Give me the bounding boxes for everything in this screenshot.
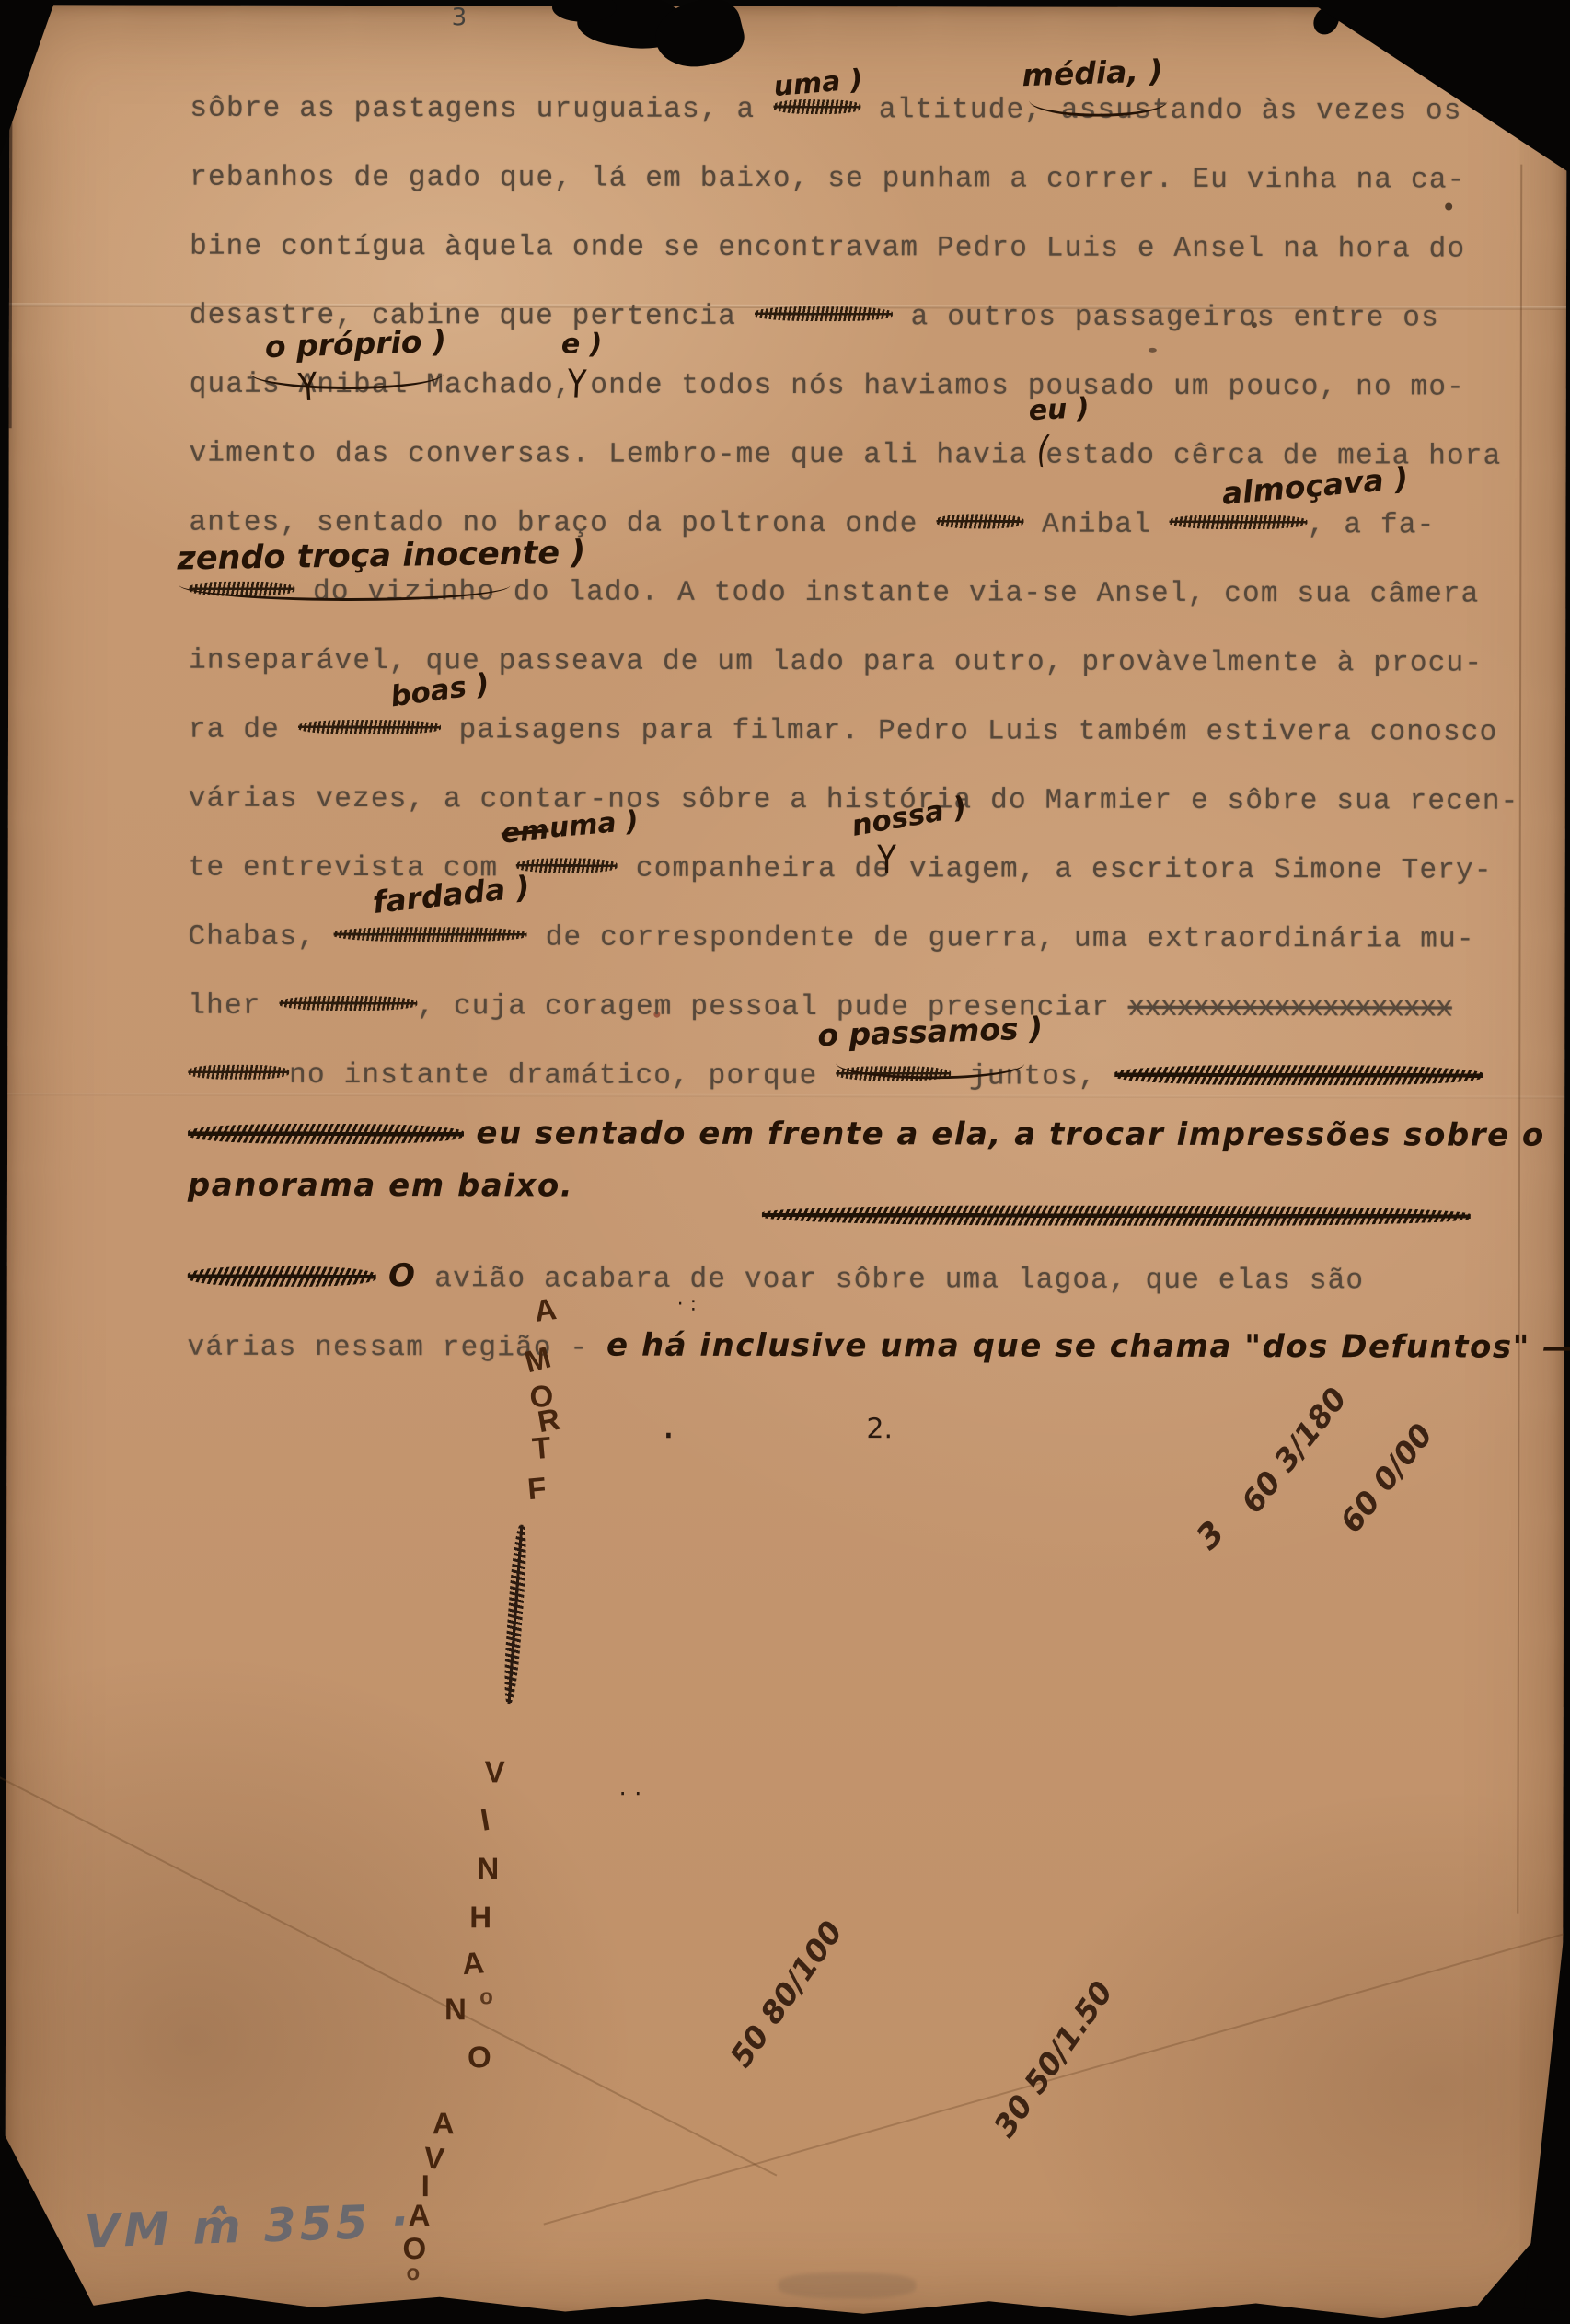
manuscript-page: 3 VM m̂ 355 · sôbre as pastagens uruguai… xyxy=(5,5,1566,2320)
typed-line: vimento das conversas. Lembro-me que ali… xyxy=(190,438,1502,473)
handwritten-calculation: 30 50/1.50 xyxy=(987,1974,1120,2143)
typed-text: paisagens para filmar. Pedro Luis também… xyxy=(441,714,1498,748)
typed-text: a outros passageiros entre os xyxy=(893,301,1439,334)
archive-number-pencil: VM m̂ 355 · xyxy=(84,2194,413,2259)
typed-text: , a fa- xyxy=(1308,509,1436,541)
typed-text: inseparável, que passeava de um lado par… xyxy=(189,645,1483,680)
scribble-strikeout xyxy=(1115,1065,1483,1086)
vertical-note-letter: N xyxy=(477,1851,499,1886)
scribble-strikeout xyxy=(188,1266,376,1286)
smudge xyxy=(778,2272,916,2298)
typed-line: te entrevista com companheira de viagem,… xyxy=(189,852,1493,887)
typed-text: avião acabara de voar sôbre uma lagoa, q… xyxy=(416,1263,1364,1297)
typed-line xyxy=(762,1201,1471,1235)
typed-line: ra de paisagens para filmar. Pedro Luis … xyxy=(189,714,1497,749)
ink-speck xyxy=(1149,348,1157,353)
typed-text: vimento das conversas. Lembro-me que ali… xyxy=(190,438,1502,473)
vertical-note-letter: O xyxy=(468,2040,491,2075)
scribble-strikeout xyxy=(516,858,618,873)
typed-line: várias nessam região - e há inclusive um… xyxy=(188,1326,1570,1367)
scan-background: 3 VM m̂ 355 · sôbre as pastagens uruguai… xyxy=(0,0,1570,2324)
handwritten-calculation: 60 0/00 xyxy=(1333,1416,1439,1539)
typed-line: inseparável, que passeava de um lado par… xyxy=(189,645,1483,680)
typed-text: de correspondente de guerra, uma extraor… xyxy=(527,921,1475,955)
typed-x-strikeout: xxxxxxxxxxxxxxxxxxxx xyxy=(1128,992,1452,1025)
typed-line: Chabas, de correspondente de guerra, uma… xyxy=(188,921,1474,956)
scribble-strikeout xyxy=(298,720,441,734)
stray-mark: 2. xyxy=(866,1413,893,1445)
page-number: 3 xyxy=(452,4,468,31)
handwritten-annotation: média, ) xyxy=(1022,52,1163,93)
scribble-strikeout xyxy=(334,927,527,942)
typed-line: eu sentado em frente a ela, a trocar imp… xyxy=(188,1115,1545,1155)
vertical-note-letter: A xyxy=(409,2198,431,2233)
vertical-note-letter: V xyxy=(485,1754,505,1789)
vertical-note-letter: H xyxy=(469,1900,491,1935)
typed-line: O avião acabara de voar sôbre uma lagoa,… xyxy=(188,1257,1365,1298)
typed-text: no instante dramático, porque xyxy=(289,1059,836,1093)
handwritten-annotation: o próprio ) xyxy=(264,323,446,364)
insertion-caret: Y xyxy=(566,361,587,407)
scribble-strikeout xyxy=(1170,515,1308,529)
handwritten-text: O xyxy=(376,1257,417,1294)
typed-text: rebanhos de gado que, lá em baixo, se pu… xyxy=(190,162,1465,197)
typed-text: companheira de viagem, a escritora Simon… xyxy=(618,853,1493,887)
stray-mark: · · xyxy=(619,1781,642,1809)
stray-mark: · xyxy=(662,1413,675,1460)
vertical-note-strikeout xyxy=(502,1524,529,1705)
typed-line: panorama em baixo. xyxy=(188,1167,573,1206)
vertical-note-letter: N xyxy=(444,1992,467,2027)
ink-speck xyxy=(1445,202,1452,210)
typed-text: lher xyxy=(188,990,279,1023)
handwritten-annotation: zendo troça inocente ) xyxy=(177,535,585,578)
vertical-note-letter: A xyxy=(461,1945,486,1982)
scribble-strikeout xyxy=(188,1123,464,1144)
vertical-note-letter: o xyxy=(406,2260,420,2286)
typed-line: bine contígua àquela onde se encontravam… xyxy=(190,231,1465,266)
handwritten-annotation: em xyxy=(500,814,549,850)
handwritten-annotation: eu ) xyxy=(1028,392,1091,427)
scribble-strikeout xyxy=(279,996,417,1011)
vertical-note-letter: A xyxy=(433,2106,455,2141)
typed-text: ra de xyxy=(189,714,298,746)
insertion-caret: Y xyxy=(877,837,896,882)
insertion-caret: Y xyxy=(297,364,319,410)
typed-line: rebanhos de gado que, lá em baixo, se pu… xyxy=(190,162,1465,197)
vertical-note-letter: F xyxy=(526,1471,548,1508)
scribble-strikeout xyxy=(188,1064,289,1079)
vertical-note-letter: I xyxy=(478,1802,492,1838)
stray-mark: · : xyxy=(677,1293,697,1316)
typed-text: bine contígua àquela onde se encontravam… xyxy=(190,231,1465,266)
handwritten-annotation: o passamos ) xyxy=(817,1010,1044,1053)
handwritten-calculation: 3 xyxy=(1189,1514,1232,1557)
typed-text: sôbre as pastagens uruguaias, a xyxy=(190,93,773,126)
diagonal-crease xyxy=(0,1776,777,2177)
handwritten-annotation: e ) xyxy=(561,328,603,360)
scribble-strikeout xyxy=(755,306,893,321)
typed-line: antes, sentado no braço da poltrona onde… xyxy=(189,507,1435,542)
handwritten-text: eu sentado em frente a ela, a trocar imp… xyxy=(464,1115,1545,1153)
vertical-note-letter: o xyxy=(479,1984,493,2010)
handwritten-annotation: uma ) xyxy=(548,804,640,844)
right-edge-fold xyxy=(1517,165,1522,1914)
handwritten-text: panorama em baixo. xyxy=(188,1167,573,1205)
typed-text: Chabas, xyxy=(188,921,334,954)
vertical-note-letter: T xyxy=(531,1430,552,1467)
vertical-note-letter: A xyxy=(532,1291,559,1329)
scribble-strikeout xyxy=(762,1205,1471,1227)
scribble-strikeout xyxy=(936,514,1023,528)
typed-text: Anibal xyxy=(1023,509,1170,541)
handwritten-text: e há inclusive uma que se chama "dos Def… xyxy=(606,1327,1570,1366)
handwritten-calculation: 60 3/180 xyxy=(1234,1381,1354,1520)
handwritten-calculation: 50 80/100 xyxy=(722,1914,849,2074)
